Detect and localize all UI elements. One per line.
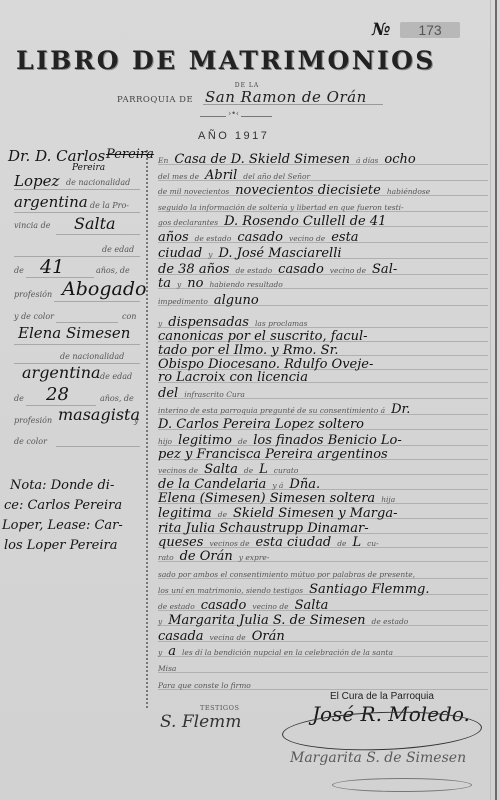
printed-text: Para que conste lo firmo	[158, 681, 251, 690]
witness2-signature: Margarita S. de Simesen	[290, 750, 466, 766]
handwritten-entry: Margarita Julia S. de Simesen	[168, 613, 365, 628]
printed-text: vecinos de	[158, 466, 198, 475]
record-line: Para que conste lo firmo	[158, 675, 488, 690]
page-edge	[495, 0, 497, 800]
handwritten-entry: ciudad	[158, 246, 202, 261]
parroquia-label: PARROQUIA DE	[117, 95, 193, 105]
record-line: de mil novecientosnovecientos diecisiete…	[158, 181, 488, 196]
groom-de-label: de	[14, 266, 24, 275]
printed-text: rato	[158, 553, 174, 562]
handwritten-entry: Casa de D. Skield Simesen	[174, 152, 350, 167]
record-line: rita Julia Schaustrupp Dinamar-	[158, 519, 488, 534]
printed-text: de mil novecientos	[158, 187, 229, 196]
record-line: Misa	[158, 658, 488, 673]
printed-text: y	[158, 648, 162, 657]
bride-edad: 28	[46, 384, 69, 405]
record-line: sado por ambos el consentimiento mútuo p…	[158, 564, 488, 579]
printed-text: hija	[381, 495, 395, 504]
rule	[14, 344, 140, 345]
bride-profesion: masagista	[58, 405, 140, 424]
rule	[56, 234, 140, 235]
groom-provincia-label: de la Pro-	[90, 201, 129, 210]
record-line: añosde estadocasadovecino deesta	[158, 228, 488, 243]
groom-profesion-label: profesión	[14, 290, 52, 299]
printed-text: y	[208, 250, 212, 259]
register-page: № 173 LIBRO DE MATRIMONIOS DE LA PARROQU…	[0, 0, 500, 800]
printed-text: les dí la bendición nupcial en la celebr…	[182, 648, 393, 657]
printed-text: curato	[274, 466, 299, 475]
groom-edad: 41	[40, 256, 64, 278]
printed-text: y	[177, 280, 181, 289]
record-line: ro Lacroix con licencia	[158, 368, 488, 383]
record-line: ratode Orány expre-	[158, 547, 488, 562]
record-line: yales dí la bendición nupcial en la cele…	[158, 642, 488, 657]
record-line: ciudadyD. José Masciarelli	[158, 244, 488, 259]
handwritten-entry: años	[158, 230, 189, 245]
handwritten-entry: ta	[158, 276, 171, 291]
groom-anos-label: años, de	[96, 266, 130, 275]
handwritten-entry: D. José Masciarelli	[218, 246, 341, 261]
bride-nacionalidad: argentina	[22, 363, 101, 382]
printed-text: y	[158, 617, 162, 626]
printed-text: de estado	[372, 617, 409, 626]
printed-text: á días	[356, 156, 378, 165]
record-line: legitimadeSkield Simesen y Marga-	[158, 504, 488, 519]
record-line: de 38 añosde estadocasadovecino deSal-	[158, 260, 488, 275]
record-line: pez y Francisca Pereira argentinos	[158, 445, 488, 460]
handwritten-entry: no	[187, 276, 203, 291]
year-label: AÑO 1917	[198, 130, 269, 142]
groom-con-label: con	[122, 312, 136, 321]
record-line: Elena (Simesen) Simesen solterahija	[158, 489, 488, 504]
groom-name-line2: Lopez	[14, 172, 59, 190]
rule	[14, 256, 140, 257]
handwritten-entry: de Orán	[180, 549, 233, 564]
record-line: casadavecina deOrán	[158, 627, 488, 642]
rule	[56, 322, 118, 323]
perforation-line	[146, 150, 148, 710]
printed-text: los uní en matrimonio, siendo testigos	[158, 586, 303, 595]
groom-nacionalidad-label: de nacionalidad	[66, 178, 130, 187]
bride-color-label: de color	[14, 437, 47, 446]
signature-flourish-2	[332, 778, 472, 792]
record-line: del mes deAbrildel año del Señor	[158, 166, 488, 181]
bride-nacionalidad-label: de nacionalidad	[60, 352, 124, 361]
nota-line4: los Loper Pereira	[4, 538, 118, 553]
printed-text: infrascrito Cura	[184, 390, 245, 399]
record-line: gos declarantesD. Rosendo Cullell de 41	[158, 212, 488, 227]
record-line: los uní en matrimonio, siendo testigosSa…	[158, 580, 488, 595]
nota-line2: ce: Carlos Pereira	[4, 498, 122, 513]
rule	[56, 446, 140, 447]
groom-edad-label: de edad	[102, 245, 134, 254]
record-line: EnCasa de D. Skield Simesená díasocho	[158, 150, 488, 165]
handwritten-entry: ocho	[384, 152, 415, 167]
printed-text: impedimento	[158, 297, 208, 306]
printed-text: de	[218, 510, 227, 519]
handwritten-entry: Santiago Flemmg.	[309, 582, 429, 597]
bride-edad-label: de edad	[100, 372, 132, 381]
record-line: impedimentoalguno	[158, 291, 488, 306]
printed-text: del año del Señor	[243, 172, 310, 181]
rule	[54, 301, 140, 302]
page-edge-shadow	[490, 0, 491, 800]
printed-text: de estado	[195, 234, 232, 243]
record-line: delinfrascrito Cura	[158, 384, 488, 399]
page-title: LIBRO DE MATRIMONIOS	[16, 46, 462, 75]
record-line: interino de esta parroquia pregunté de s…	[158, 400, 488, 415]
parroquia-underline	[203, 104, 383, 105]
record-line: hijolegitimodelos finados Benicio Lo-	[158, 431, 488, 446]
printed-text: de estado	[158, 602, 195, 611]
groom-color-label: y de color	[14, 312, 54, 321]
printed-text: habiendo resultado	[209, 280, 282, 289]
printed-text: sado por ambos el consentimiento mútuo p…	[158, 570, 415, 579]
handwritten-entry: D. Carlos Pereira Lopez soltero	[158, 417, 364, 432]
bride-profesion-label: profesión	[14, 416, 52, 425]
printed-text: gos declarantes	[158, 218, 218, 227]
record-line: canonicas por el suscrito, facul-	[158, 327, 488, 342]
record-line: D. Carlos Pereira Lopez soltero	[158, 415, 488, 430]
handwritten-entry: novecientos diecisiete	[235, 183, 381, 198]
bride-name: Elena Simesen	[18, 324, 130, 342]
printed-text: En	[158, 156, 168, 165]
printed-text: y expre-	[239, 553, 270, 562]
printed-text: de	[244, 466, 253, 475]
record-line: de estadocasadovecino deSalta	[158, 596, 488, 611]
groom-provincia: Salta	[74, 214, 116, 233]
testigos-label: TESTIGOS	[200, 704, 239, 712]
ornament-divider	[200, 116, 272, 117]
printed-text: interino de esta parroquia pregunté de s…	[158, 406, 385, 415]
bride-profesion-suffix: y	[134, 416, 139, 425]
handwritten-entry: alguno	[214, 293, 259, 308]
printed-text: vecina de	[210, 633, 246, 642]
printed-text: del mes de	[158, 172, 199, 181]
record-line: vecinos deSaltadeLcurato	[158, 460, 488, 475]
handwritten-entry: esta	[331, 230, 358, 245]
nota-line1: Nota: Donde di-	[10, 478, 114, 493]
record-line: tado por el Ilmo. y Rmo. Sr.	[158, 341, 488, 356]
printed-text: vecino de	[289, 234, 325, 243]
rule	[14, 212, 140, 213]
record-number: 173	[400, 22, 460, 38]
handwritten-entry: ro Lacroix con licencia	[158, 370, 308, 385]
cura-label: El Cura de la Parroquia	[330, 691, 434, 702]
record-line: quesesvecinos deesta ciudaddeLcu-	[158, 533, 488, 548]
rule	[14, 189, 140, 190]
groom-nacionalidad: argentina	[14, 193, 88, 211]
record-line: de la Candelariay áDña.	[158, 475, 488, 490]
groom-provincia-label2: vincia de	[14, 221, 50, 230]
witness1-signature: S. Flemm	[160, 712, 241, 732]
record-line: yMargarita Julia S. de Simesende estado	[158, 611, 488, 626]
groom-name-struck: Pereira	[106, 147, 154, 162]
bride-de-label: de	[14, 394, 24, 403]
record-line: taynohabiendo resultado	[158, 274, 488, 289]
printed-text: Misa	[158, 664, 176, 673]
groom-profesion: Abogado	[62, 278, 146, 300]
number-label: №	[372, 20, 389, 40]
handwritten-entry: casado	[237, 230, 283, 245]
record-line: ydispensadaslas proclamas	[158, 313, 488, 328]
nota-line3: Loper, Lease: Car-	[2, 518, 123, 533]
printed-text: habiéndose	[387, 187, 430, 196]
handwritten-entry: a	[168, 644, 176, 659]
groom-name-insert: Pereira	[72, 163, 105, 173]
printed-text: vecino de	[252, 602, 288, 611]
handwritten-entry: del	[158, 386, 178, 401]
printed-text: seguido la información de soltería y lib…	[158, 203, 404, 212]
handwritten-entry: D. Rosendo Cullell de 41	[224, 214, 386, 229]
bride-anos-label: años, de	[100, 394, 134, 403]
record-line: seguido la información de soltería y lib…	[158, 197, 488, 212]
